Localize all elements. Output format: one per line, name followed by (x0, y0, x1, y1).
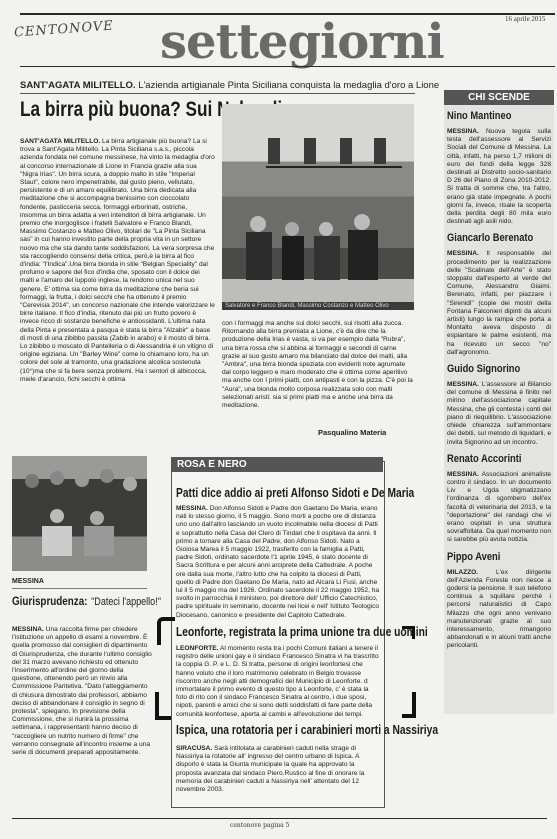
issue-date: 16 aprile 2015 (505, 15, 545, 23)
article-body-patti: MESSINA. Don Alfonso Sidoti e Padre don … (176, 505, 381, 620)
footer-rule (12, 818, 547, 819)
giurisprudenza-headline: Giurisprudenza: "Dateci l'appello!" (12, 592, 161, 610)
rosa-e-nero-title: ROSA E NERO (171, 457, 383, 472)
photo-caption: Salvatore e Franco Blandi, Massimo Costa… (222, 302, 414, 310)
article-headline-leonforte: Leonforte, registrata la prima unione tr… (176, 625, 428, 639)
chi-scende-item: Giancarlo Berenato MESSINA. Il responsab… (447, 232, 551, 357)
article-headline-patti: Patti dice addio ai preti Alfonso Sidoti… (176, 486, 414, 500)
chi-scende-item: Nino Mantineo MESSINA. Nuova tegola sull… (447, 110, 551, 226)
person-name: Nino Mantineo (447, 110, 535, 122)
article-body-ispica: SIRACUSA. Sarà intitolata ai carabinieri… (176, 745, 381, 794)
article-headline-ispica: Ispica, una rotatoria per i carabinieri … (176, 723, 438, 737)
chi-scende-title: CHI SCENDE (444, 90, 554, 105)
marker-bracket-bottom-left (155, 692, 171, 720)
giurisprudenza-rule (12, 588, 147, 589)
chi-scende-item: Pippo Aveni MILAZZO. L'ex dirigente dell… (447, 551, 551, 651)
chi-scende-list: Nino Mantineo MESSINA. Nuova tegola sull… (447, 110, 551, 651)
lead-photo: Salvatore e Franco Blandi, Massimo Costa… (222, 104, 414, 310)
lead-kicker-place: SANT'AGATA MILITELLO. (20, 80, 136, 91)
person-name: Pippo Aveni (447, 551, 535, 563)
brewery-people-photo (222, 104, 414, 310)
byline: Pasqualino Materia (318, 428, 386, 437)
lead-body-col2: con i formaggi ma anche sui dolci secchi… (222, 320, 414, 410)
lead-place: SANT'AGATA MILITELLO. (20, 138, 100, 145)
marker-bracket-bottom-right (402, 692, 416, 718)
article-body-leonforte: LEONFORTE. Al momento resta tra i pochi … (176, 645, 381, 719)
giurisprudenza-section: MESSINA (12, 578, 44, 585)
chi-scende-item: Renato Accorinti MESSINA. Associazioni a… (447, 453, 551, 545)
page-footer: centonove pagina 5 (230, 822, 289, 829)
person-name: Giancarlo Berenato (447, 232, 535, 244)
lead-body-col1: SANT'AGATA MILITELLO. La birra artigiana… (20, 138, 215, 384)
person-name: Guido Signorino (447, 363, 535, 375)
lead-kicker-text: L'azienda artigianale Pinta Siciliana co… (138, 80, 439, 91)
masthead-rule (20, 66, 555, 67)
lead-kicker: SANT'AGATA MILITELLO. L'azienda artigian… (20, 80, 415, 91)
handwritten-note: CENTONOVE (14, 19, 115, 41)
chi-scende-item: Guido Signorino MESSINA. L'assessore al … (447, 363, 551, 447)
kicker-rule (20, 93, 415, 94)
marker-bracket-top-right (402, 626, 415, 639)
marker-bracket-top-left (157, 617, 175, 645)
students-photo (12, 456, 147, 571)
students-group-photo (12, 456, 147, 571)
giurisprudenza-body: MESSINA. Una raccolta firme per chiedere… (12, 626, 152, 757)
person-name: Renato Accorinti (447, 453, 535, 465)
masthead: settegiorni (160, 18, 444, 66)
